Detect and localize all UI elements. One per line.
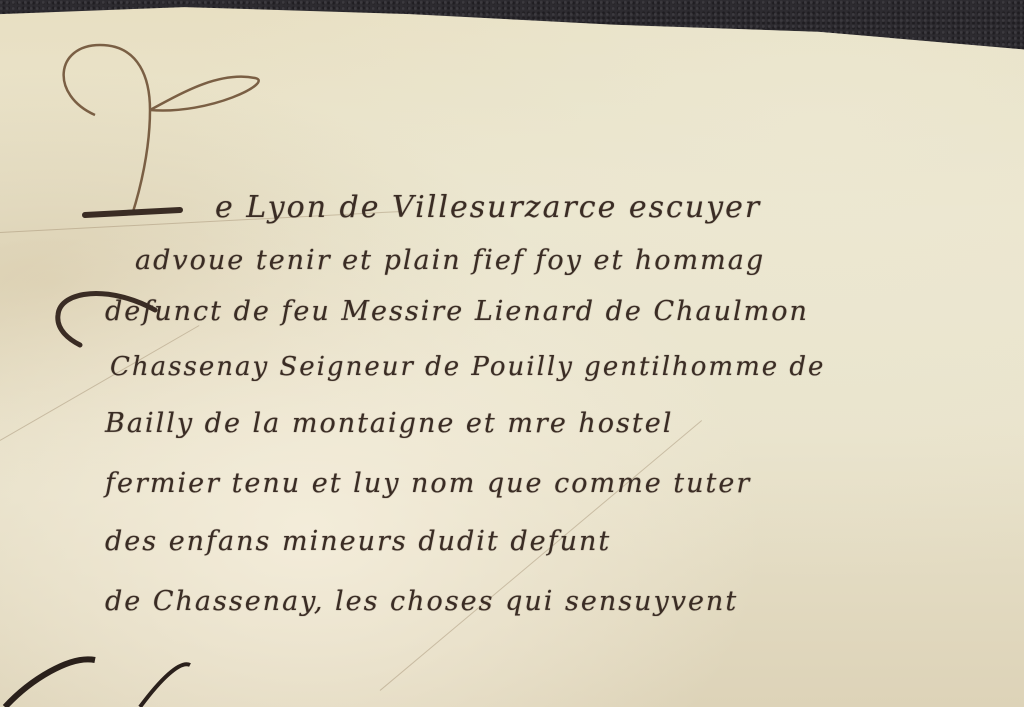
parchment-page: e Lyon de Villesurzarce escuyer advoue t…	[0, 0, 1024, 707]
manuscript-line-7: des enfans mineurs dudit defunt	[105, 526, 611, 557]
manuscript-line-6: fermier tenu et luy nom que comme tuter	[105, 468, 751, 499]
ink-flourish	[0, 640, 260, 707]
manuscript-line-8: de Chassenay, les choses qui sensuyvent	[105, 586, 738, 617]
manuscript-line-3: defunct de feu Messire Lienard de Chaulm…	[105, 296, 809, 327]
manuscript-line-2: advoue tenir et plain fief foy et hommag	[135, 245, 765, 276]
manuscript-line-5: Bailly de la montaigne et mre hostel	[105, 408, 673, 439]
manuscript-line-1: e Lyon de Villesurzarce escuyer	[215, 190, 761, 225]
manuscript-line-4: Chassenay Seigneur de Pouilly gentilhomm…	[110, 352, 825, 382]
